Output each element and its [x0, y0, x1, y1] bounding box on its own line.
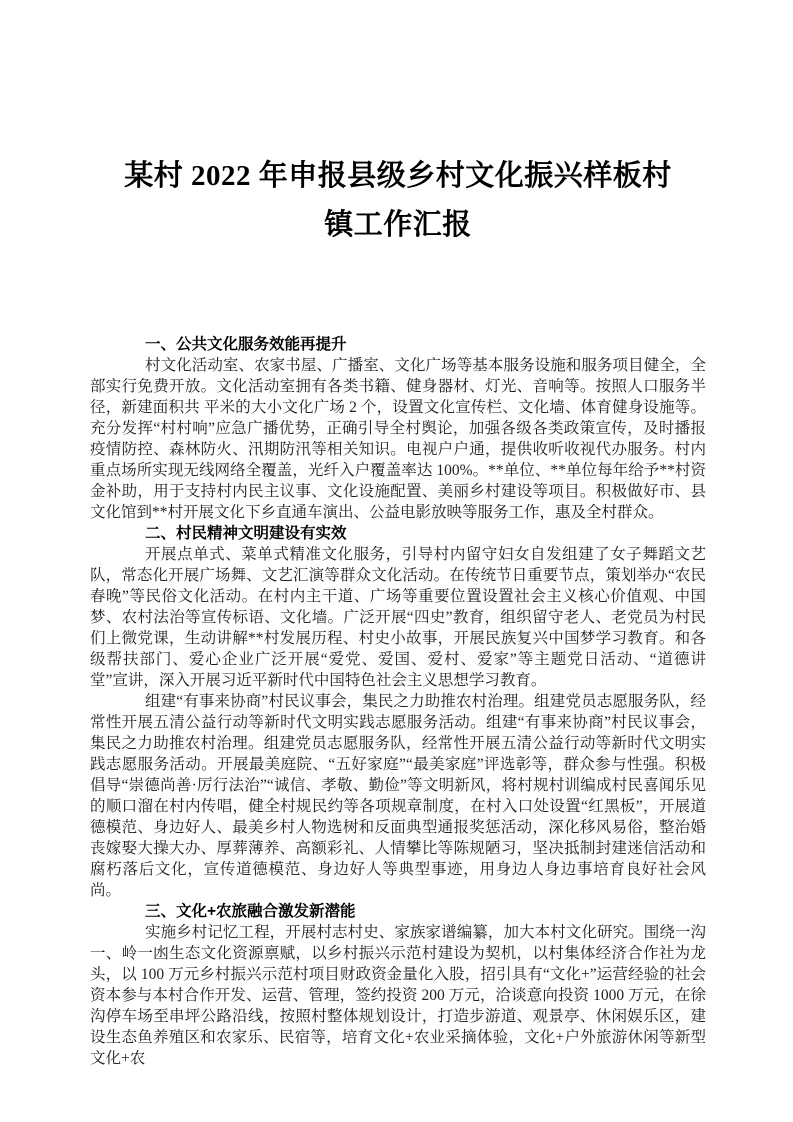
document-title-line-1: 某村 2022 年申报县级乡村文化振兴样板村: [90, 152, 706, 201]
paragraph: 开展点单式、菜单式精准文化服务，引导村内留守妇女自发组建了女子舞蹈文艺队，常态化…: [90, 544, 706, 691]
document-body: 一、公共文化服务效能再提升 村文化活动室、农家书屋、广播室、文化广场等基本服务设…: [90, 334, 706, 1069]
paragraph: 村文化活动室、农家书屋、广播室、文化广场等基本服务设施和服务项目健全，全部实行免…: [90, 355, 706, 523]
document-title: 某村 2022 年申报县级乡村文化振兴样板村 镇工作汇报: [90, 152, 706, 250]
section-heading-2: 二、村民精神文明建设有实效: [145, 523, 706, 544]
document-title-line-2: 镇工作汇报: [90, 201, 706, 250]
section-heading-1: 一、公共文化服务效能再提升: [145, 334, 706, 355]
section-culture-agritourism: 三、文化+农旅融合激发新潜能 实施乡村记忆工程，开展村志村史、家族家谱编纂，加大…: [90, 901, 706, 1069]
paragraph: 组建“有事来协商”村民议事会，集民之力助推农村治理。组建党员志愿服务队，经常性开…: [90, 691, 706, 901]
section-public-culture-services: 一、公共文化服务效能再提升 村文化活动室、农家书屋、广播室、文化广场等基本服务设…: [90, 334, 706, 523]
section-spiritual-civilization: 二、村民精神文明建设有实效 开展点单式、菜单式精准文化服务，引导村内留守妇女自发…: [90, 523, 706, 901]
paragraph: 实施乡村记忆工程，开展村志村史、家族家谱编纂，加大本村文化研究。围绕一沟一、岭一…: [90, 922, 706, 1069]
section-heading-3: 三、文化+农旅融合激发新潜能: [145, 901, 706, 922]
document-page: 某村 2022 年申报县级乡村文化振兴样板村 镇工作汇报 一、公共文化服务效能再…: [0, 0, 793, 1122]
